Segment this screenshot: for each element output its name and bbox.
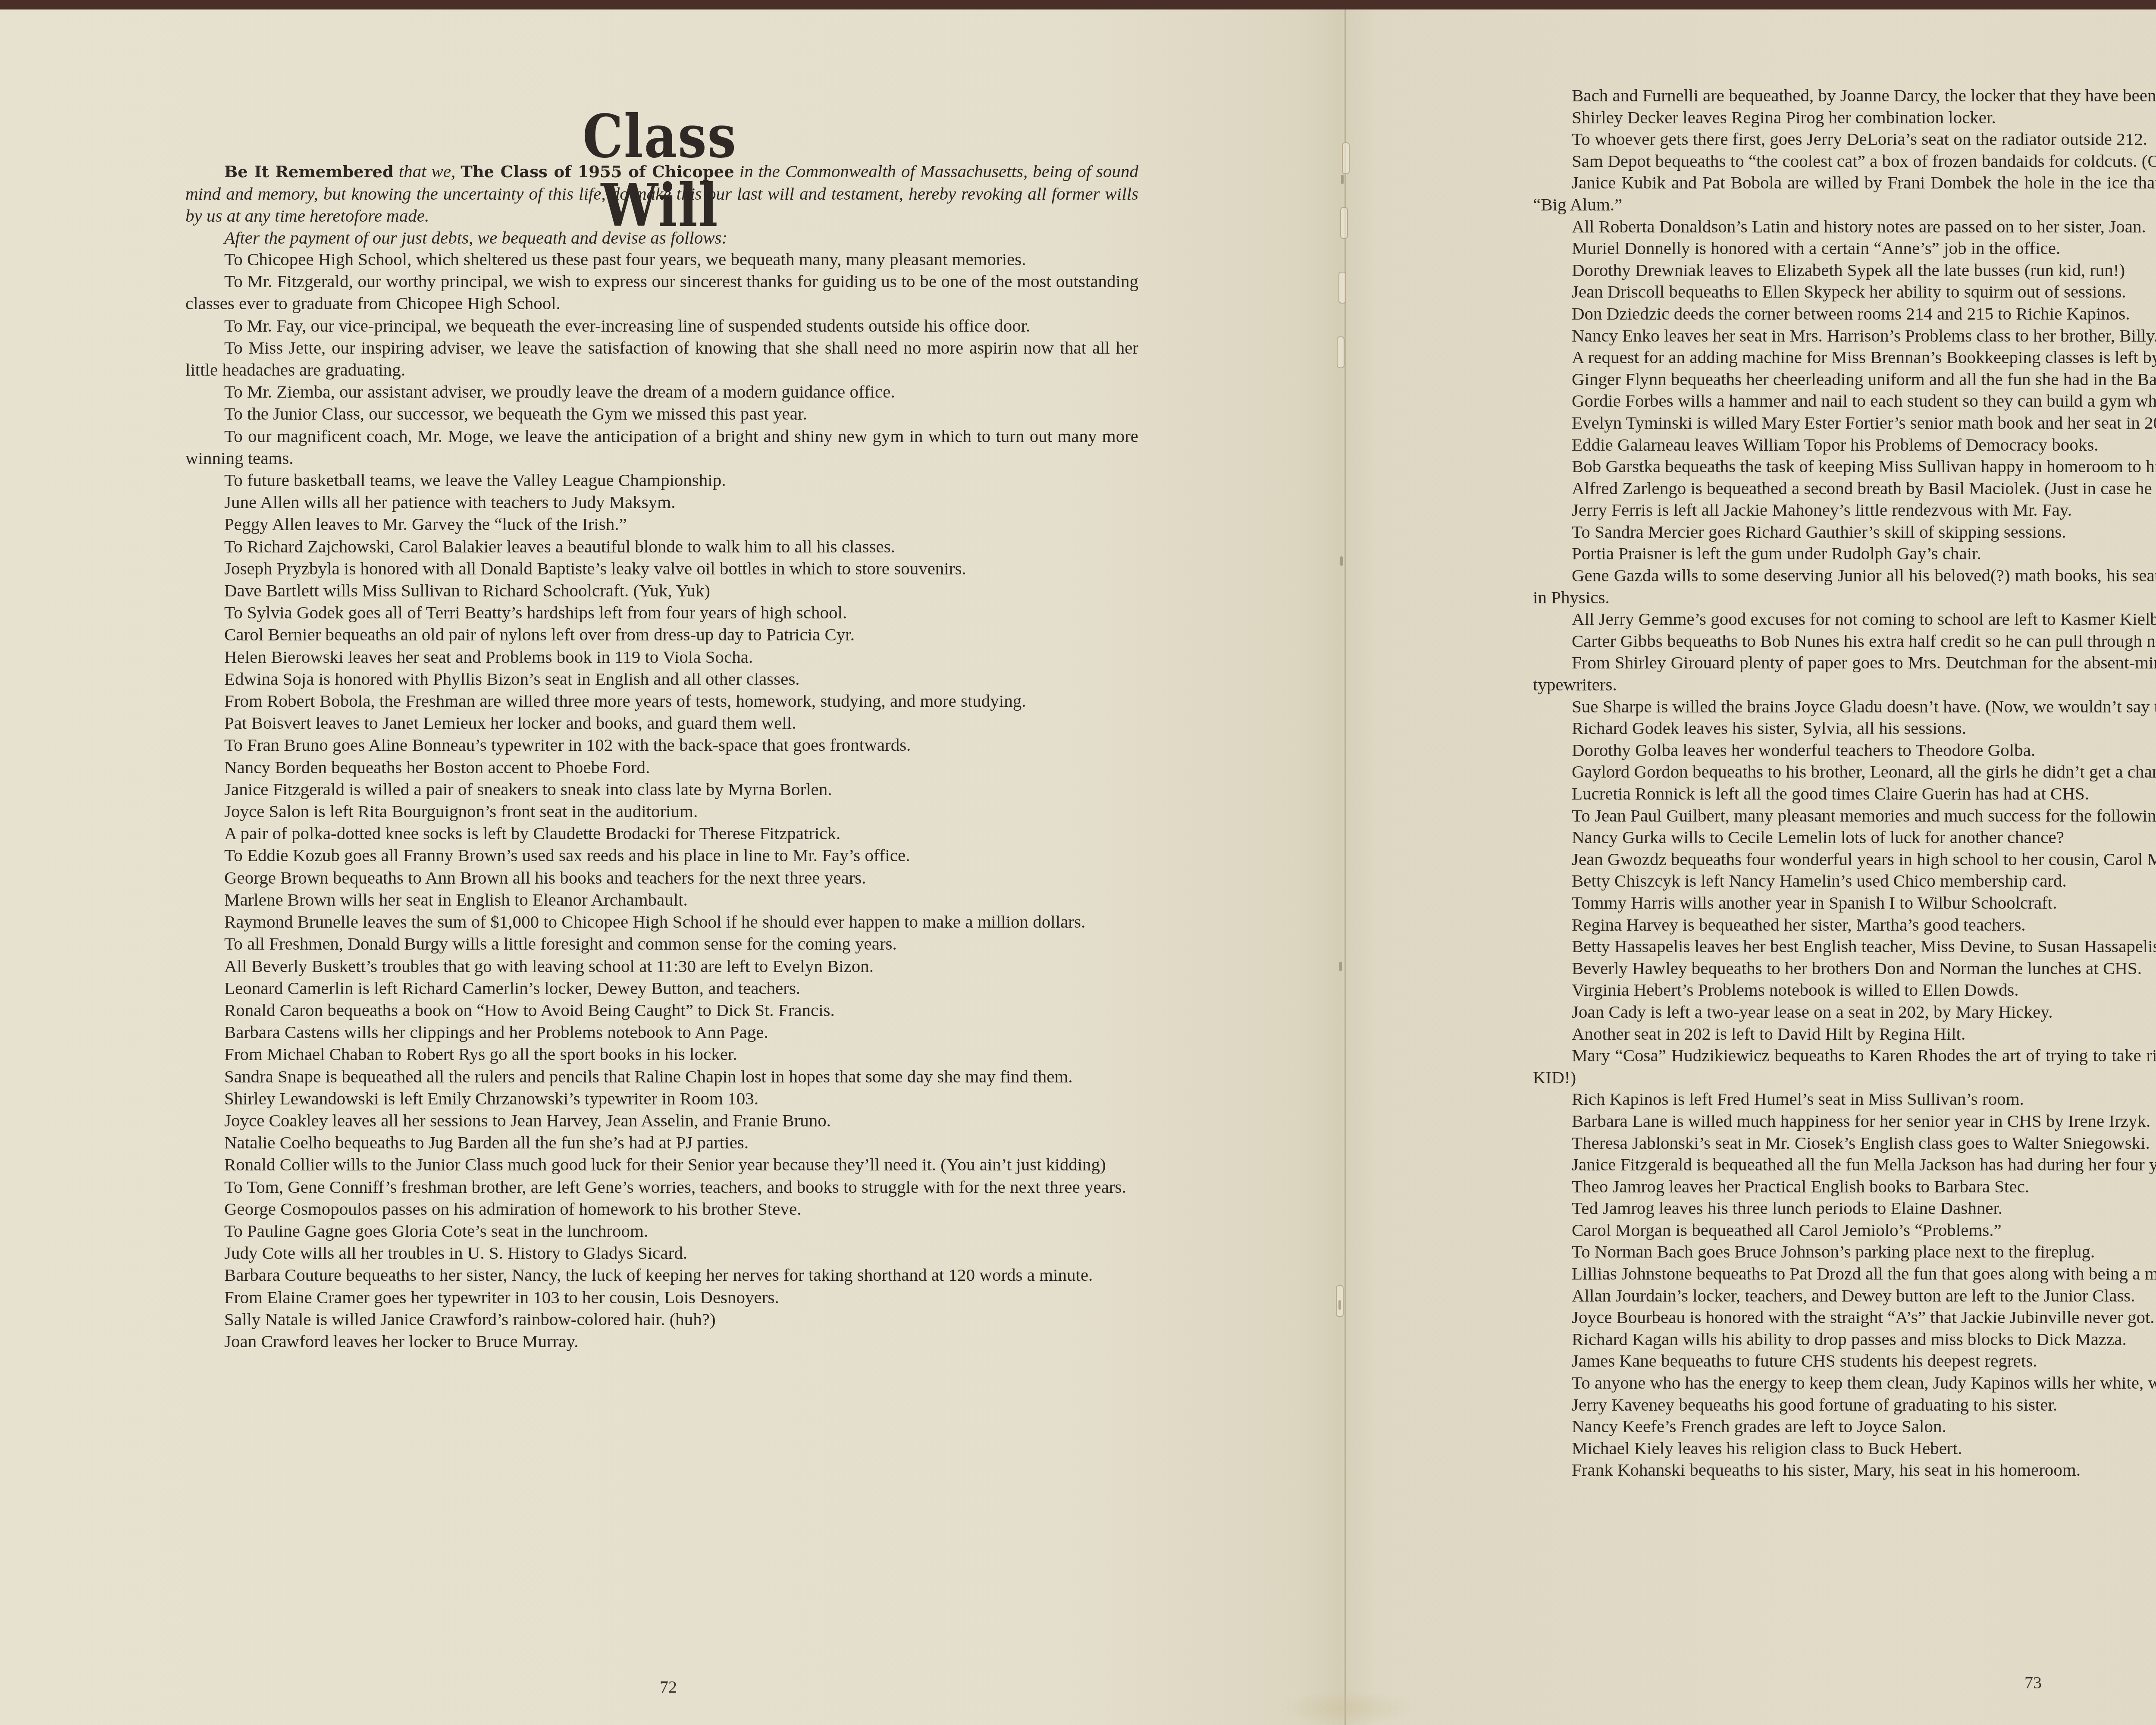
will-entry: Leonard Camerlin is left Richard Camerli… <box>185 977 1138 999</box>
will-entry: To Richard Zajchowski, Carol Balakier le… <box>185 536 1138 558</box>
will-entry: A pair of polka-dotted knee socks is lef… <box>185 822 1138 844</box>
will-entry: All Jerry Gemme’s good excuses for not c… <box>1533 608 2156 630</box>
will-entry: George Cosmopoulos passes on his admirat… <box>185 1198 1138 1220</box>
will-entry: Lillias Johnstone bequeaths to Pat Drozd… <box>1533 1263 2156 1285</box>
will-entry: Tommy Harris wills another year in Spani… <box>1533 892 2156 914</box>
binding-stitch-icon <box>1337 336 1344 368</box>
will-entry: All Beverly Buskett’s troubles that go w… <box>185 955 1138 977</box>
will-entry: Joyce Bourbeau is honored with the strai… <box>1533 1306 2156 1328</box>
will-entry: A request for an adding machine for Miss… <box>1533 346 2156 368</box>
will-entry: To Miss Jette, our inspiring adviser, we… <box>185 337 1138 381</box>
will-entry: All Roberta Donaldson’s Latin and histor… <box>1533 216 2156 238</box>
will-entry: Jerry Ferris is left all Jackie Mahoney’… <box>1533 499 2156 521</box>
binding-stitch-icon <box>1338 272 1346 304</box>
will-entry: Dave Bartlett wills Miss Sullivan to Ric… <box>185 580 1138 602</box>
will-entry: Nancy Enko leaves her seat in Mrs. Harri… <box>1533 325 2156 347</box>
will-entry: To Mr. Ziemba, our assistant adviser, we… <box>185 381 1138 403</box>
will-entry: Bob Garstka bequeaths the task of keepin… <box>1533 455 2156 477</box>
binding-stitch-icon <box>1340 207 1348 239</box>
binding-stitch-icon <box>1342 142 1350 174</box>
will-entry: Virginia Hebert’s Problems notebook is w… <box>1533 979 2156 1001</box>
blackletter-opening: Be It Remembered <box>224 162 394 181</box>
will-entry: Sally Natale is willed Janice Crawford’s… <box>185 1308 1138 1330</box>
will-entry: Janice Kubik and Pat Bobola are willed b… <box>1533 172 2156 215</box>
will-entry: Betty Chiszcyk is left Nancy Hamelin’s u… <box>1533 870 2156 892</box>
will-entry: Dorothy Drewniak leaves to Elizabeth Syp… <box>1533 259 2156 281</box>
will-entry: Jean Driscoll bequeaths to Ellen Skypeck… <box>1533 281 2156 303</box>
margin-mark-icon <box>1338 1300 1341 1310</box>
will-entry: Richard Kagan wills his ability to drop … <box>1533 1328 2156 1350</box>
will-entry: Beverly Hawley bequeaths to her brothers… <box>1533 957 2156 979</box>
will-entry: Bach and Furnelli are bequeathed, by Joa… <box>1533 85 2156 107</box>
will-entry: To our magnificent coach, Mr. Moge, we l… <box>185 425 1138 469</box>
will-entry: Muriel Donnelly is honored with a certai… <box>1533 237 2156 259</box>
will-entry: To Chicopee High School, which sheltered… <box>185 248 1138 270</box>
will-entry: Ted Jamrog leaves his three lunch period… <box>1533 1197 2156 1219</box>
will-entry: June Allen wills all her patience with t… <box>185 491 1138 513</box>
blackletter-class-name: The Class of 1955 of Chicopee <box>461 162 734 181</box>
will-entry: To Mr. Fay, our vice-principal, we beque… <box>185 315 1138 337</box>
will-entry: Jean Gwozdz bequeaths four wonderful yea… <box>1533 848 2156 870</box>
will-entry: Ronald Caron bequeaths a book on “How to… <box>185 999 1138 1021</box>
will-entry: To Jean Paul Guilbert, many pleasant mem… <box>1533 805 2156 827</box>
will-entry: Edwina Soja is honored with Phyllis Bizo… <box>185 668 1138 690</box>
will-entry: Joan Crawford leaves her locker to Bruce… <box>185 1330 1138 1352</box>
will-entry: Joseph Pryzbyla is honored with all Dona… <box>185 558 1138 580</box>
will-entry: Joan Cady is left a two-year lease on a … <box>1533 1001 2156 1023</box>
page-number-right: 73 <box>2024 1672 2042 1693</box>
will-entry: Portia Praisner is left the gum under Ru… <box>1533 543 2156 565</box>
will-entry: To future basketball teams, we leave the… <box>185 469 1138 491</box>
will-entry: Don Dziedzic deeds the corner between ro… <box>1533 303 2156 325</box>
will-entry: Judy Cote wills all her troubles in U. S… <box>185 1242 1138 1264</box>
will-entry: Barbara Lane is willed much happiness fo… <box>1533 1110 2156 1132</box>
will-entry: To Sandra Mercier goes Richard Gauthier’… <box>1533 521 2156 543</box>
will-entry: Peggy Allen leaves to Mr. Garvey the “lu… <box>185 513 1138 535</box>
will-entry: Gordie Forbes wills a hammer and nail to… <box>1533 390 2156 412</box>
will-entry: Regina Harvey is bequeathed her sister, … <box>1533 914 2156 936</box>
paper-stain <box>1276 1690 1414 1725</box>
will-entry: Alfred Zarlengo is bequeathed a second b… <box>1533 477 2156 499</box>
will-entry: Carter Gibbs bequeaths to Bob Nunes his … <box>1533 630 2156 652</box>
will-entry: Ronald Collier wills to the Junior Class… <box>185 1154 1138 1176</box>
will-entry: Another seat in 202 is left to David Hil… <box>1533 1023 2156 1045</box>
will-entry: Betty Hassapelis leaves her best English… <box>1533 935 2156 957</box>
will-entry: Carol Morgan is bequeathed all Carol Jem… <box>1533 1219 2156 1241</box>
will-entry: Eddie Galarneau leaves William Topor his… <box>1533 434 2156 456</box>
will-entry: Natalie Coelho bequeaths to Jug Barden a… <box>185 1132 1138 1154</box>
will-entry: Joyce Salon is left Rita Bourguignon’s f… <box>185 800 1138 822</box>
will-entry: Sue Sharpe is willed the brains Joyce Gl… <box>1533 696 2156 718</box>
book-gutter <box>1344 9 1346 1725</box>
will-entry: To Pauline Gagne goes Gloria Cote’s seat… <box>185 1220 1138 1242</box>
will-entry: Carol Bernier bequeaths an old pair of n… <box>185 624 1138 646</box>
will-entry: Dorothy Golba leaves her wonderful teach… <box>1533 739 2156 761</box>
will-entry: To whoever gets there first, goes Jerry … <box>1533 128 2156 150</box>
will-entry: Nancy Keefe’s French grades are left to … <box>1533 1415 2156 1437</box>
will-entry: George Brown bequeaths to Ann Brown all … <box>185 867 1138 889</box>
will-entry: Frank Kohanski bequeaths to his sister, … <box>1533 1459 2156 1481</box>
will-entry: Jerry Kaveney bequeaths his good fortune… <box>1533 1394 2156 1416</box>
will-entry: To Fran Bruno goes Aline Bonneau’s typew… <box>185 734 1138 756</box>
preamble-text: that we, <box>394 161 461 181</box>
page-number-left: 72 <box>660 1677 677 1697</box>
preamble-devise: After the payment of our just debts, we … <box>185 227 1138 249</box>
margin-mark-icon <box>1339 962 1342 971</box>
left-page-entries: To Chicopee High School, which sheltered… <box>185 248 1138 1352</box>
will-entry: To Mr. Fitzgerald, our worthy principal,… <box>185 270 1138 314</box>
will-entry: Lucretia Ronnick is left all the good ti… <box>1533 783 2156 805</box>
will-entry: Evelyn Tyminski is willed Mary Ester For… <box>1533 412 2156 434</box>
will-entry: Sandra Snape is bequeathed all the ruler… <box>185 1066 1138 1088</box>
will-entry: Gaylord Gordon bequeaths to his brother,… <box>1533 761 2156 783</box>
will-entry: Nancy Gurka wills to Cecile Lemelin lots… <box>1533 826 2156 848</box>
will-entry: Gene Gazda wills to some deserving Junio… <box>1533 565 2156 608</box>
will-entry: Barbara Couture bequeaths to her sister,… <box>185 1264 1138 1286</box>
margin-mark-icon <box>1341 175 1344 184</box>
margin-mark-icon <box>1340 556 1343 566</box>
will-entry: To the Junior Class, our successor, we b… <box>185 403 1138 425</box>
will-entry: Allan Jourdain’s locker, teachers, and D… <box>1533 1285 2156 1307</box>
will-entry: To all Freshmen, Donald Burgy wills a li… <box>185 933 1138 955</box>
will-entry: Mary “Cosa” Hudzikiewicz bequeaths to Ka… <box>1533 1044 2156 1088</box>
will-entry: Janice Fitzgerald is bequeathed all the … <box>1533 1154 2156 1176</box>
will-entry: Theresa Jablonski’s seat in Mr. Ciosek’s… <box>1533 1132 2156 1154</box>
will-entry: Sam Depot bequeaths to “the coolest cat”… <box>1533 150 2156 172</box>
will-entry: Michael Kiely leaves his religion class … <box>1533 1437 2156 1459</box>
will-entry: To anyone who has the energy to keep the… <box>1533 1372 2156 1394</box>
will-entry: To Norman Bach goes Bruce Johnson’s park… <box>1533 1241 2156 1263</box>
will-entry: To Sylvia Godek goes all of Terri Beatty… <box>185 602 1138 624</box>
will-entry: Helen Bierowski leaves her seat and Prob… <box>185 646 1138 668</box>
will-entry: Ginger Flynn bequeaths her cheerleading … <box>1533 368 2156 390</box>
will-entry: To Tom, Gene Conniff’s freshman brother,… <box>185 1176 1138 1198</box>
will-entry: Janice Fitzgerald is willed a pair of sn… <box>185 778 1138 800</box>
will-entry: Barbara Castens wills her clippings and … <box>185 1021 1138 1043</box>
will-entry: James Kane bequeaths to future CHS stude… <box>1533 1350 2156 1372</box>
will-entry: Joyce Coakley leaves all her sessions to… <box>185 1110 1138 1132</box>
will-entry: Richard Godek leaves his sister, Sylvia,… <box>1533 717 2156 739</box>
will-entry: Raymond Brunelle leaves the sum of $1,00… <box>185 911 1138 933</box>
will-entry: Marlene Brown wills her seat in English … <box>185 889 1138 911</box>
will-entry: Nancy Borden bequeaths her Boston accent… <box>185 756 1138 778</box>
will-entry: Pat Boisvert leaves to Janet Lemieux her… <box>185 712 1138 734</box>
will-entry: From Michael Chaban to Robert Rys go all… <box>185 1043 1138 1065</box>
will-entry: Shirley Lewandowski is left Emily Chrzan… <box>185 1088 1138 1110</box>
will-entry: From Elaine Cramer goes her typewriter i… <box>185 1286 1138 1308</box>
will-preamble: Be It Remembered that we, The Class of 1… <box>185 160 1138 249</box>
will-entry: Shirley Decker leaves Regina Pirog her c… <box>1533 107 2156 129</box>
will-entry: Rich Kapinos is left Fred Humel’s seat i… <box>1533 1088 2156 1110</box>
will-entry: To Eddie Kozub goes all Franny Brown’s u… <box>185 844 1138 866</box>
will-entry: From Robert Bobola, the Freshman are wil… <box>185 690 1138 712</box>
right-page-entries: Bach and Furnelli are bequeathed, by Joa… <box>1533 85 2156 1481</box>
will-entry: Theo Jamrog leaves her Practical English… <box>1533 1176 2156 1198</box>
will-entry: From Shirley Girouard plenty of paper go… <box>1533 652 2156 695</box>
